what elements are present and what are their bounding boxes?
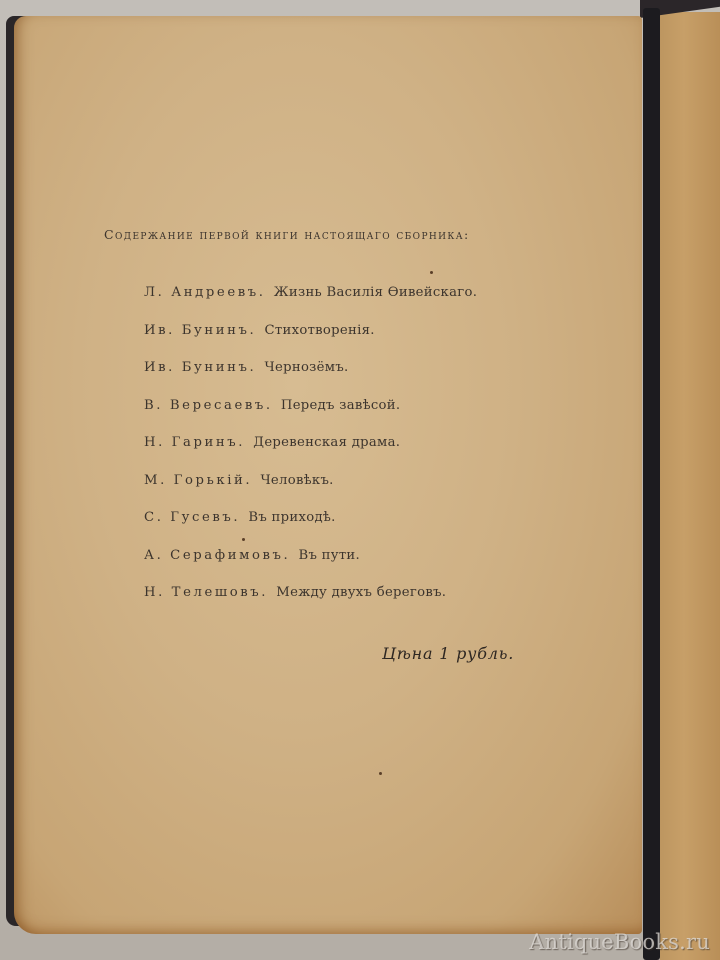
toc-title: Деревенская драма. — [253, 435, 400, 450]
toc-author: Н. Телешовъ. — [144, 585, 268, 600]
toc-author: Н. Гаринъ. — [144, 435, 245, 450]
toc-author: С. Гусевъ. — [144, 510, 240, 525]
book-spine — [643, 8, 660, 960]
toc-author: Ив. Бунинъ. — [144, 360, 256, 375]
table-of-contents: Л. Андреевъ. Жизнь Василія Ѳивейскаго. И… — [144, 284, 477, 622]
page-content: Содержание первой книги настоящаго сборн… — [14, 16, 642, 934]
toc-entry: В. Вересаевъ. Передъ завѣсой. — [144, 397, 477, 435]
toc-author: М. Горькій. — [144, 473, 252, 488]
toc-entry: А. Серафимовъ. Въ пути. — [144, 547, 477, 585]
toc-author: Л. Андреевъ. — [144, 285, 266, 300]
paper-speck — [430, 271, 433, 274]
toc-title: Жизнь Василія Ѳивейскаго. — [274, 285, 477, 300]
toc-title: Въ пути. — [299, 548, 361, 563]
toc-entry: Ив. Бунинъ. Стихотворенія. — [144, 322, 477, 360]
toc-entry: Н. Гаринъ. Деревенская драма. — [144, 434, 477, 472]
facing-page-edge — [660, 12, 720, 960]
toc-entry: М. Горькій. Человѣкъ. — [144, 472, 477, 510]
toc-entry: Ив. Бунинъ. Чернозёмъ. — [144, 359, 477, 397]
toc-entry: Л. Андреевъ. Жизнь Василія Ѳивейскаго. — [144, 284, 477, 322]
toc-entry: С. Гусевъ. Въ приходѣ. — [144, 509, 477, 547]
toc-title: Въ приходѣ. — [248, 510, 335, 525]
toc-title: Передъ завѣсой. — [281, 398, 401, 413]
toc-title: Человѣкъ. — [260, 473, 333, 488]
toc-entry: Н. Телешовъ. Между двухъ береговъ. — [144, 584, 477, 622]
price-label: Цѣна 1 рубль. — [382, 644, 514, 663]
paper-speck — [379, 772, 382, 775]
toc-author: В. Вересаевъ. — [144, 398, 273, 413]
toc-title: Стихотворенія. — [265, 323, 375, 338]
paper-speck — [242, 538, 245, 541]
watermark: AntiqueBooks.ru — [529, 930, 710, 954]
toc-author: А. Серафимовъ. — [144, 548, 290, 563]
toc-title: Чернозёмъ. — [265, 360, 349, 375]
contents-heading: Содержание первой книги настоящаго сборн… — [104, 227, 584, 242]
toc-title: Между двухъ береговъ. — [276, 585, 446, 600]
toc-author: Ив. Бунинъ. — [144, 323, 256, 338]
